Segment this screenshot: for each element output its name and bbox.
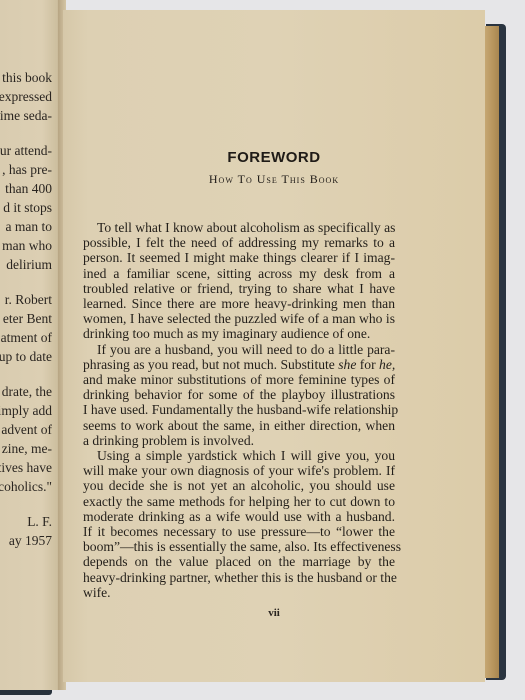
chapter-subtitle: How To Use This Book: [63, 172, 485, 187]
text-line: Using a simple yardstick which I will gi…: [83, 448, 395, 463]
left-page-line: man who: [2, 238, 52, 254]
text-line: learned. Since there are more heavy-drin…: [83, 296, 395, 311]
left-page-line: ur attend-: [0, 143, 52, 159]
paragraph: To tell what I know about alcoholism as …: [83, 220, 395, 342]
left-page-line: advent of: [1, 422, 52, 438]
left-page-line: eter Bent: [3, 311, 52, 327]
text-line: will make your own diagnosis of your wif…: [83, 463, 395, 478]
left-page-line: this book: [2, 70, 52, 86]
left-page-line: delirium: [6, 257, 52, 273]
paragraph: Using a simple yardstick which I will gi…: [83, 448, 395, 600]
text-line: phrasing as you read, but not much. Subs…: [83, 357, 395, 372]
text-line: If you are a husband, you will need to d…: [83, 342, 395, 357]
left-page-line: up to date: [0, 349, 52, 365]
left-page-line: r. Robert: [5, 292, 52, 308]
text-line: women, I have selected the puzzled wife …: [83, 311, 395, 326]
body-text: To tell what I know about alcoholism as …: [83, 220, 395, 600]
text-line: troubled relative or friend, trying to s…: [83, 281, 395, 296]
left-page-line: a man to: [6, 219, 53, 235]
page-edges: [483, 26, 499, 678]
text-line: ined a familiar scene, sitting across my…: [83, 266, 395, 281]
left-page-line: d it stops: [3, 200, 52, 216]
left-page: this bookexpressedtime seda-ur attend-, …: [0, 0, 60, 690]
left-page-line: drate, the: [2, 384, 52, 400]
text-line: boom”—this is essentially the same, also…: [83, 539, 395, 554]
text-line: heavy-drinking partner, whether this is …: [83, 570, 395, 585]
text-line: depends on the value placed on the marri…: [83, 554, 395, 569]
text-line: I have used. Fundamentally the husband-w…: [83, 402, 395, 417]
left-page-line: L. F.: [27, 514, 52, 530]
left-page-line: tives have: [0, 460, 52, 476]
left-page-line: atment of: [1, 330, 52, 346]
text-line: To tell what I know about alcoholism as …: [83, 220, 395, 235]
text-line: drinking too much as my imaginary audien…: [83, 326, 395, 341]
paragraph: If you are a husband, you will need to d…: [83, 342, 395, 448]
left-page-line: imply add: [0, 403, 52, 419]
left-page-line: time seda-: [0, 108, 52, 124]
text-line: exactly the same methods for helping her…: [83, 494, 395, 509]
right-page: FOREWORD How To Use This Book To tell wh…: [63, 10, 485, 682]
left-page-line: coholics.": [0, 479, 52, 495]
text-line: a drinking problem is involved.: [83, 433, 395, 448]
text-line: moderate drinking as a wife would use wi…: [83, 509, 395, 524]
text-line: possible, I felt the need of addressing …: [83, 235, 395, 250]
text-line: wife.: [83, 585, 395, 600]
chapter-title: FOREWORD: [63, 149, 485, 166]
text-line: and make minor substitutions of more fem…: [83, 372, 395, 387]
text-line: drinking behavior for some of the playbo…: [83, 387, 395, 402]
left-page-line: than 400: [5, 181, 52, 197]
text-line: seems to work about the same, in either …: [83, 418, 395, 433]
left-page-line: expressed: [0, 89, 52, 105]
text-line: If it becomes necessary to use pressure—…: [83, 524, 395, 539]
left-page-line: zine, me-: [2, 441, 52, 457]
left-page-line: ay 1957: [9, 533, 52, 549]
text-line: person. It seemed I might make things cl…: [83, 250, 395, 265]
text-line: you decide she is not yet an alcoholic, …: [83, 478, 395, 493]
page-number: vii: [63, 607, 485, 619]
left-page-line: , has pre-: [2, 162, 52, 178]
